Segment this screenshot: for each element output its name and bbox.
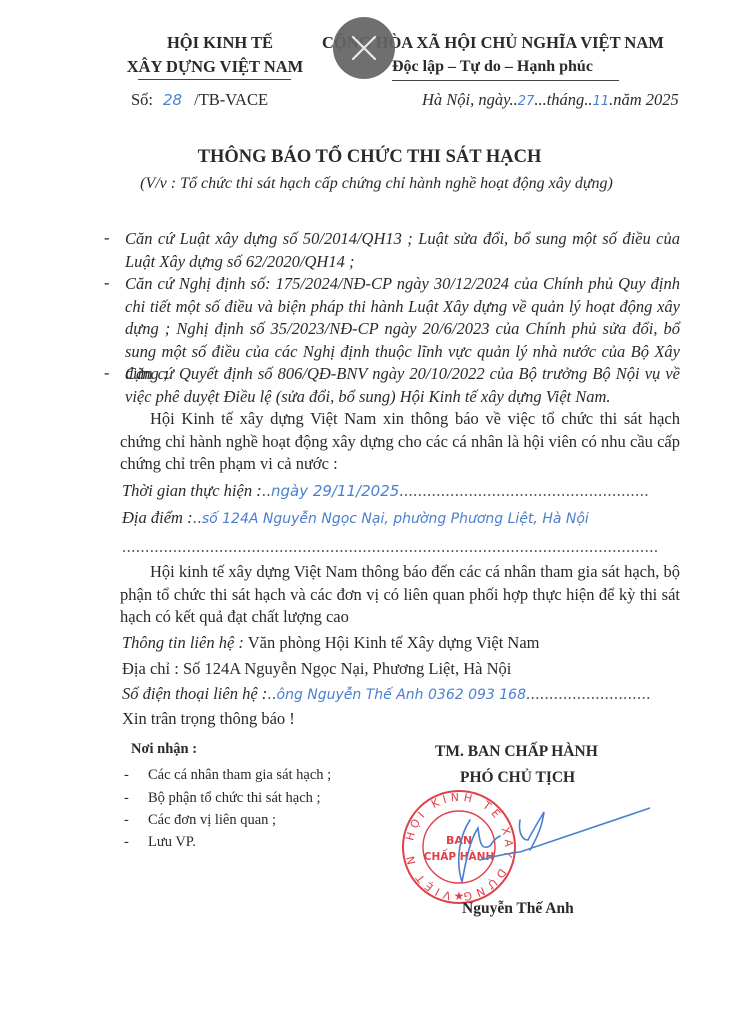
contact-phone: Số điện thoại liên hệ :..ông Nguyễn Thế …	[122, 684, 651, 704]
signatory-name: Nguyễn Thế Anh	[462, 900, 574, 918]
close-button[interactable]	[333, 17, 395, 79]
recipient-item: -Các cá nhân tham gia sát hạch ;	[124, 767, 331, 784]
contact-info-label: Thông tin liên hệ :	[122, 633, 244, 652]
motto-underline	[392, 80, 619, 81]
recipient-item: -Các đơn vị liên quan ;	[124, 812, 276, 829]
regards: Xin trân trọng thông báo !	[122, 709, 295, 729]
recipients-heading: Nơi nhận :	[131, 741, 197, 758]
date-mid: ...tháng..	[534, 90, 592, 109]
contact-phone-label: Số điện thoại liên hệ :	[122, 684, 267, 703]
date-day: 27	[518, 94, 535, 109]
document-number: Số:28/TB-VACE	[131, 90, 268, 110]
contact-info-value: Văn phòng Hội Kinh tế Xây dựng Việt Nam	[248, 633, 540, 652]
signatory-role: PHÓ CHỦ TỊCH	[460, 769, 575, 787]
closing-paragraph: Hội kinh tế xây dựng Việt Nam thông báo …	[120, 561, 680, 629]
document-subject: (V/v : Tổ chức thi sát hạch cấp chứng ch…	[0, 175, 739, 193]
document-title: THÔNG BÁO TỔ CHỨC THI SÁT HẠCH	[0, 147, 739, 168]
organization-name-line2: XÂY DỰNG VIỆT NAM	[100, 57, 330, 77]
close-icon	[333, 17, 395, 79]
bullet-dash: -	[104, 363, 110, 383]
time-value: ngày 29/11/2025	[271, 482, 399, 500]
organization-underline	[138, 79, 291, 80]
document-number-value: 28	[153, 91, 194, 109]
document-number-suffix: /TB-VACE	[194, 90, 268, 109]
legal-basis-item: Căn cứ Luật xây dựng số 50/2014/QH13 ; L…	[125, 228, 680, 273]
time-field: Thời gian thực hiện :..ngày 29/11/2025..…	[122, 481, 649, 501]
location-field: Địa điểm :..số 124A Nguyễn Ngọc Nại, phư…	[122, 508, 589, 528]
date-suffix: .năm 2025	[609, 90, 679, 109]
handwritten-signature	[420, 800, 650, 890]
issue-date: Hà Nội, ngày..27...tháng..11.năm 2025	[422, 90, 679, 110]
legal-basis-item: Căn cứ Quyết định số 806/QĐ-BNV ngày 20/…	[125, 363, 680, 408]
recipient-item: -Bộ phận tổ chức thi sát hạch ;	[124, 790, 321, 807]
bullet-dash: -	[104, 228, 110, 248]
date-month: 11	[593, 94, 610, 109]
document-number-label: Số:	[131, 90, 153, 109]
recipient-item: -Lưu VP.	[124, 834, 196, 851]
contact-info: Thông tin liên hệ : Văn phòng Hội Kinh t…	[122, 633, 540, 653]
intro-paragraph: Hội Kinh tế xây dựng Việt Nam xin thông …	[120, 408, 680, 476]
national-motto: Độc lập – Tự do – Hạnh phúc	[392, 58, 593, 76]
contact-address: Địa chỉ : Số 124A Nguyễn Ngọc Nại, Phươn…	[122, 659, 511, 679]
location-value: số 124A Nguyễn Ngọc Nại, phường Phương L…	[202, 511, 589, 527]
organization-name-line1: HỘI KINH TẾ	[160, 33, 280, 53]
signatory-organization: TM. BAN CHẤP HÀNH	[435, 743, 598, 761]
time-label: Thời gian thực hiện :	[122, 481, 262, 500]
bullet-dash: -	[104, 273, 110, 293]
contact-phone-value: ông Nguyễn Thế Anh 0362 093 168	[277, 687, 526, 703]
date-prefix: Hà Nội, ngày..	[422, 90, 518, 109]
blank-dotted-line: ........................................…	[122, 537, 659, 557]
location-label: Địa điểm :	[122, 508, 193, 527]
